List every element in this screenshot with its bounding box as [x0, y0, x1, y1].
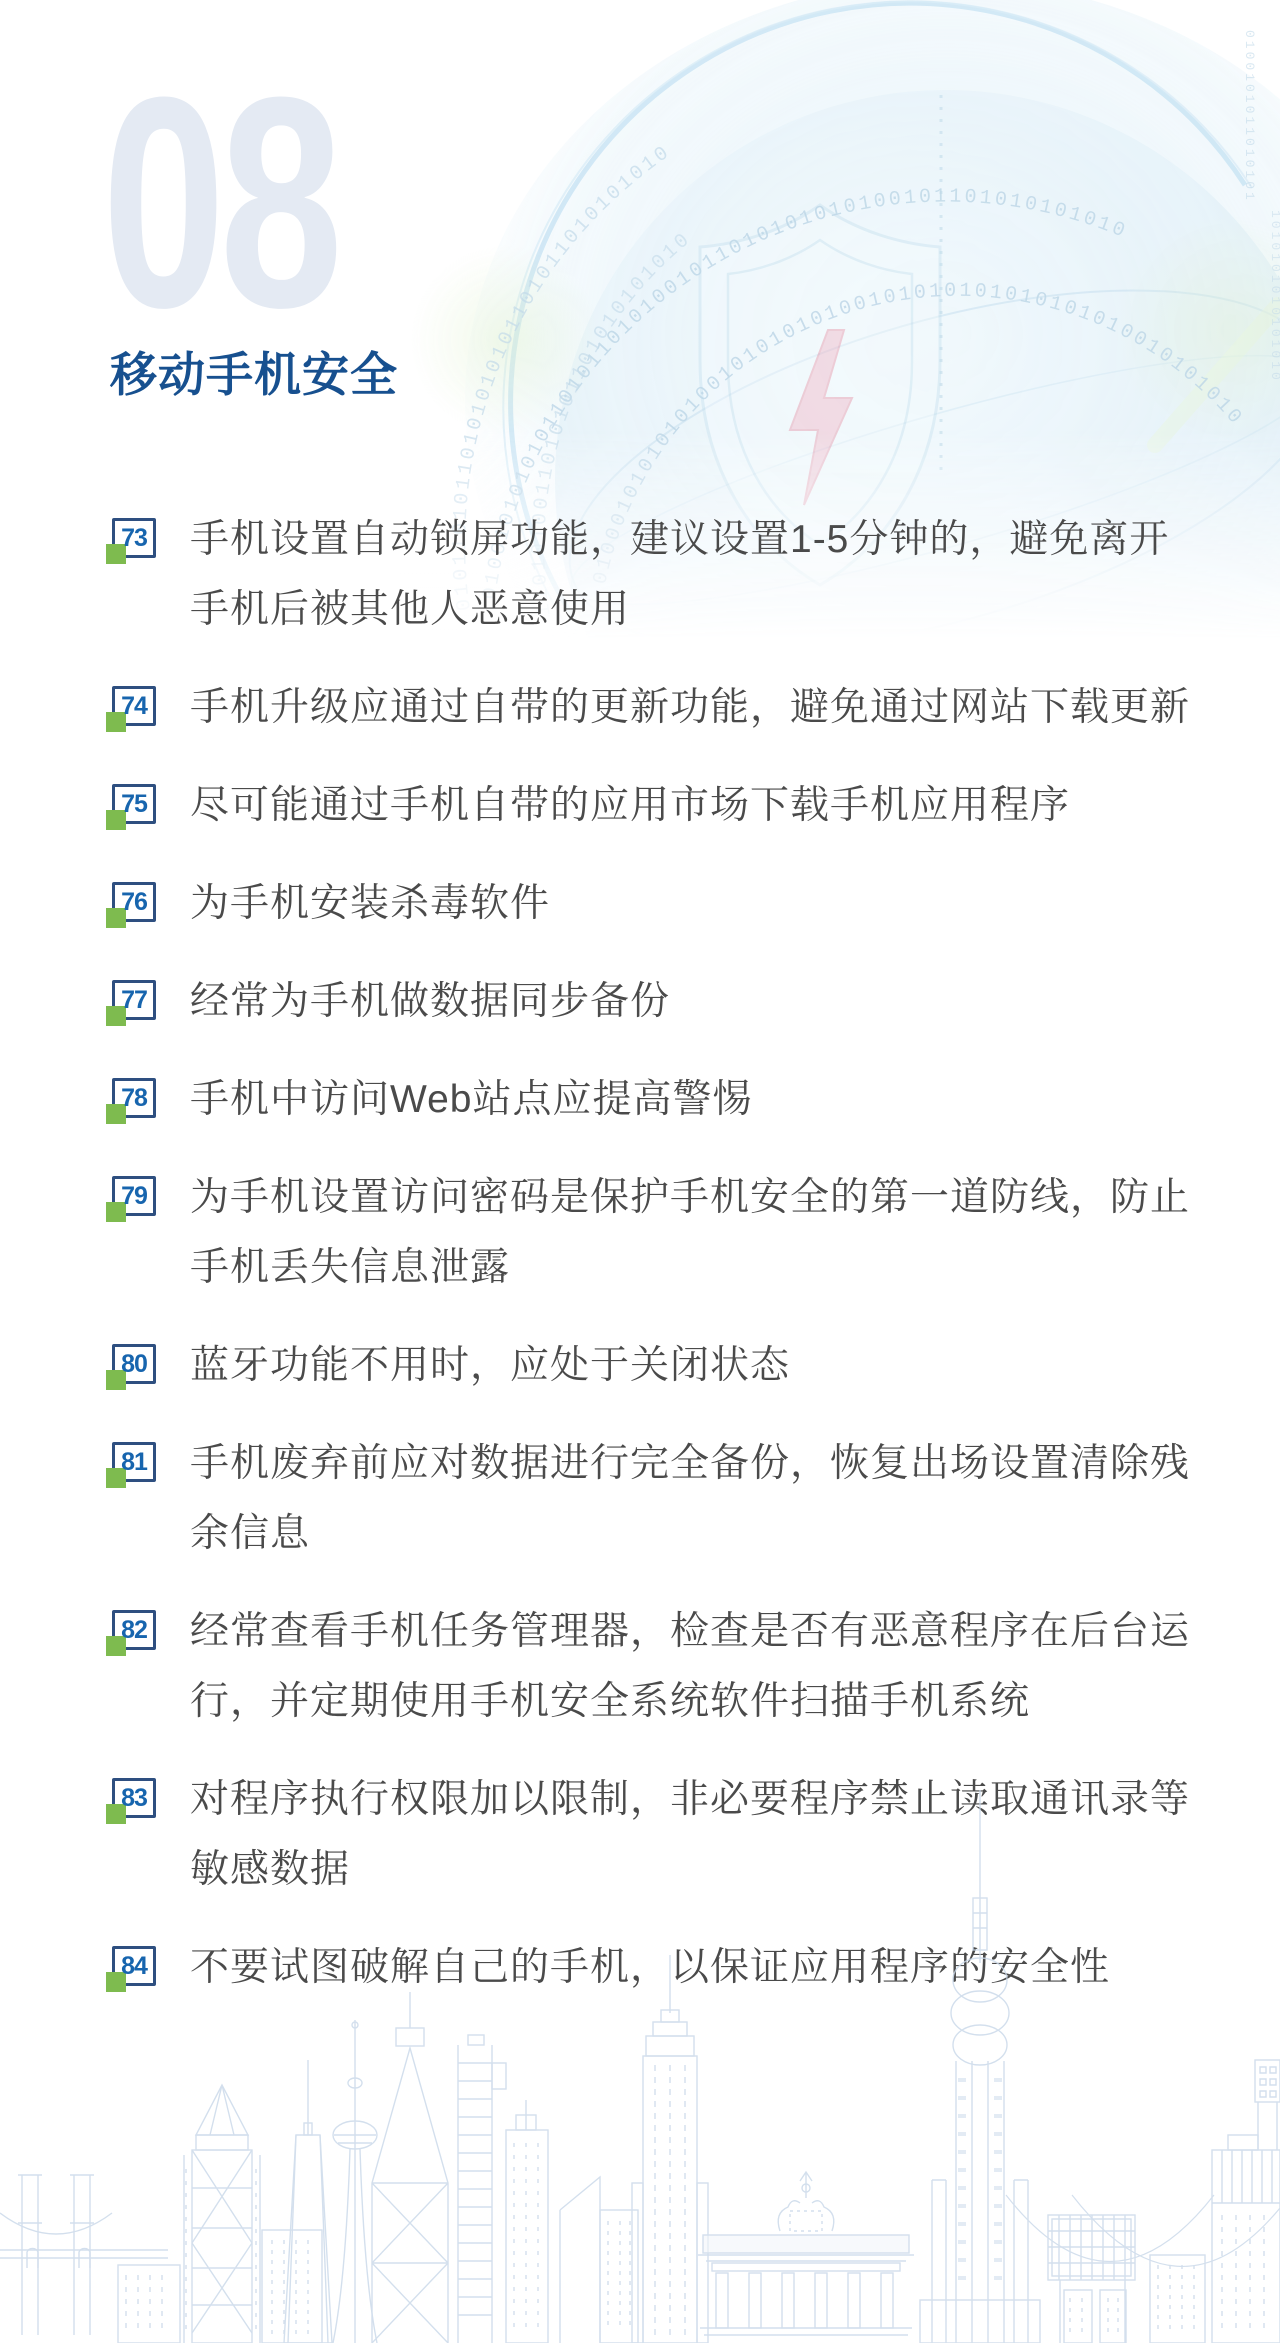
tip-number-badge: 84	[112, 1946, 156, 1986]
tip-number-badge: 76	[112, 882, 156, 922]
tip-text: 蓝牙功能不用时，应处于关闭状态	[190, 1331, 790, 1401]
tip-text: 手机废弃前应对数据进行完全备份，恢复出场设置清除残余信息	[190, 1429, 1202, 1569]
tip-number-badge: 74	[112, 686, 156, 726]
tip-number-badge: 78	[112, 1078, 156, 1118]
tip-text: 为手机设置访问密码是保护手机安全的第一道防线，防止手机丢失信息泄露	[190, 1163, 1202, 1303]
tip-item: 78 手机中访问Web站点应提高警惕	[112, 1065, 1212, 1135]
tips-list: 73 手机设置自动锁屏功能，建议设置1-5分钟的，避免离开手机后被其他人恶意使用…	[112, 505, 1212, 2031]
binary-column-right-1: 0100101011010101	[1242, 30, 1257, 203]
tip-text: 手机升级应通过自带的更新功能，避免通过网站下载更新	[190, 673, 1190, 743]
tip-item: 80 蓝牙功能不用时，应处于关闭状态	[112, 1331, 1212, 1401]
tip-text: 尽可能通过手机自带的应用市场下载手机应用程序	[190, 771, 1070, 841]
tip-number-badge: 82	[112, 1610, 156, 1650]
tip-number-badge: 79	[112, 1176, 156, 1216]
tip-text: 手机中访问Web站点应提高警惕	[190, 1065, 753, 1135]
tip-text: 经常查看手机任务管理器，检查是否有恶意程序在后台运行，并定期使用手机安全系统软件…	[190, 1597, 1202, 1737]
tip-item: 76 为手机安装杀毒软件	[112, 869, 1212, 939]
poster-page: 0100101010101101011010100101101010101010…	[0, 0, 1280, 2343]
tip-item: 75 尽可能通过手机自带的应用市场下载手机应用程序	[112, 771, 1212, 841]
page-title: 移动手机安全	[110, 338, 398, 405]
tip-number-badge: 83	[112, 1778, 156, 1818]
tip-number-badge: 77	[112, 980, 156, 1020]
chapter-number-watermark: 08	[102, 52, 337, 352]
tip-text: 经常为手机做数据同步备份	[190, 967, 670, 1037]
tip-text: 手机设置自动锁屏功能，建议设置1-5分钟的，避免离开手机后被其他人恶意使用	[190, 505, 1202, 645]
tip-number-badge: 81	[112, 1442, 156, 1482]
tip-text: 为手机安装杀毒软件	[190, 869, 550, 939]
tip-item: 82 经常查看手机任务管理器，检查是否有恶意程序在后台运行，并定期使用手机安全系…	[112, 1597, 1212, 1737]
tip-text: 对程序执行权限加以限制，非必要程序禁止读取通讯录等敏感数据	[190, 1765, 1202, 1905]
tip-item: 74 手机升级应通过自带的更新功能，避免通过网站下载更新	[112, 673, 1212, 743]
tip-number-badge: 73	[112, 518, 156, 558]
tip-item: 73 手机设置自动锁屏功能，建议设置1-5分钟的，避免离开手机后被其他人恶意使用	[112, 505, 1212, 645]
tip-item: 79 为手机设置访问密码是保护手机安全的第一道防线，防止手机丢失信息泄露	[112, 1163, 1212, 1303]
tip-item: 77 经常为手机做数据同步备份	[112, 967, 1212, 1037]
tip-number-badge: 80	[112, 1344, 156, 1384]
tip-item: 84 不要试图破解自己的手机，以保证应用程序的安全性	[112, 1933, 1212, 2003]
tip-item: 83 对程序执行权限加以限制，非必要程序禁止读取通讯录等敏感数据	[112, 1765, 1212, 1905]
binary-column-right-2: 1010101010101010	[1268, 210, 1280, 383]
tip-item: 81 手机废弃前应对数据进行完全备份，恢复出场设置清除残余信息	[112, 1429, 1212, 1569]
tip-number-badge: 75	[112, 784, 156, 824]
tip-text: 不要试图破解自己的手机，以保证应用程序的安全性	[190, 1933, 1110, 2003]
